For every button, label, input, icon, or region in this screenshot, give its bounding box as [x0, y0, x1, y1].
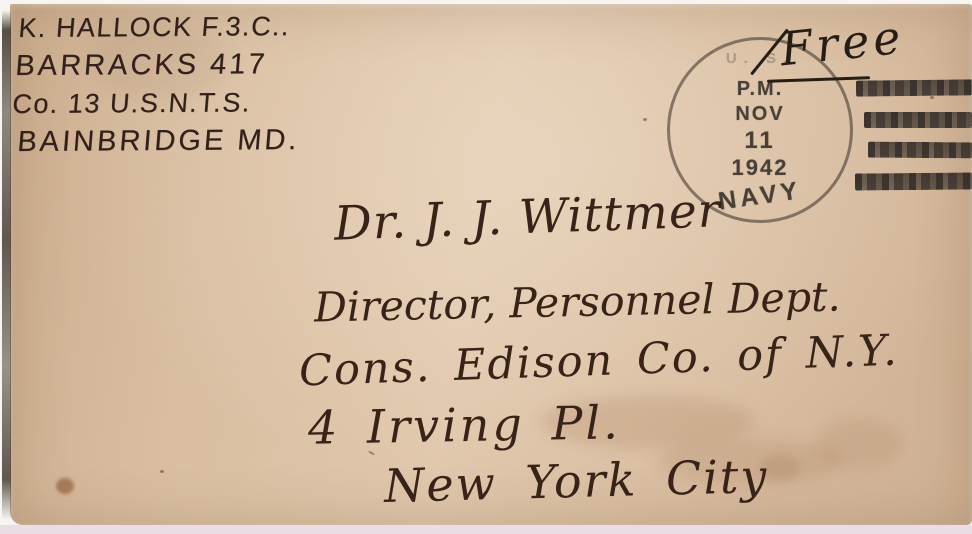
return-address-line: BAINBRIDGE MD. [16, 121, 301, 161]
return-address-line: K. HALLOCK F.3.C.. [17, 7, 310, 47]
postmark-year: 1942 [732, 155, 789, 181]
return-address-line: BARRACKS 417 [14, 45, 307, 85]
cancellation-bar [856, 79, 972, 96]
return-address: K. HALLOCK F.3.C.. BARRACKS 417 Co. 13 U… [8, 7, 310, 161]
scan-left-edge-shadow [2, 10, 11, 520]
scan-bottom-edge [0, 525, 972, 534]
postmark-month: NOV [735, 103, 784, 126]
postmark-navy-text: NAVY [717, 176, 804, 216]
cancellation-bar [864, 112, 972, 128]
cancellation-bar [868, 142, 972, 159]
return-address-line: Co. 13 U.S.N.T.S. [11, 83, 304, 123]
postmark-day: 11 [744, 127, 775, 155]
cancellation-bar [855, 172, 972, 190]
paper-fleck [643, 118, 647, 121]
recipient-address-line: New York City [383, 449, 769, 513]
paper-fleck [160, 470, 164, 473]
paper-fleck [930, 96, 934, 99]
envelope-scan: K. HALLOCK F.3.C.. BARRACKS 417 Co. 13 U… [0, 0, 972, 534]
recipient-address-line: 4 Irving Pl. [308, 395, 622, 454]
